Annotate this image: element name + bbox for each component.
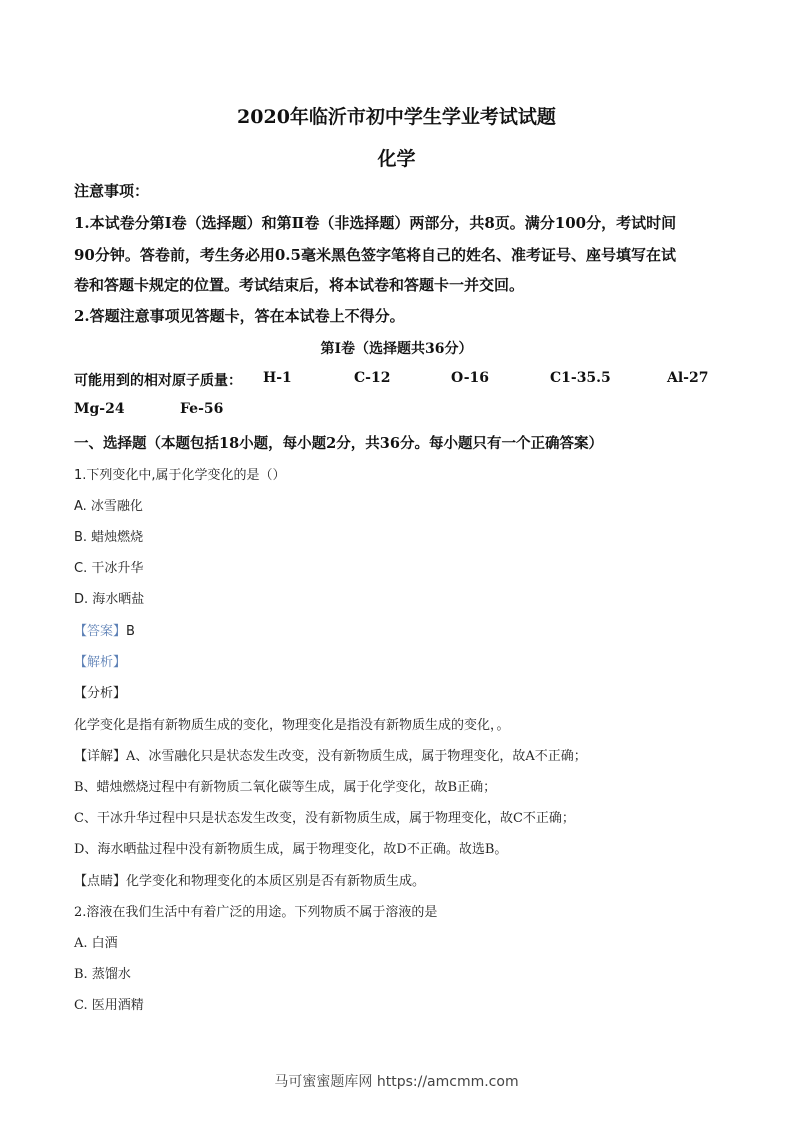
atomic-mass-cl: C1-35.5 — [550, 370, 611, 386]
atomic-mass-al: Al-27 — [667, 370, 708, 386]
question-2-option-a: A. 白酒 — [74, 932, 118, 951]
detail-line-2: B、蜡烛燃烧过程中有新物质二氧化碳等生成，属于化学变化，故B正确； — [74, 776, 496, 795]
atomic-mass-row-1: 可能用到的相对原子质量： H-1 C-12 O-16 C1-35.5 Al-27 — [0, 370, 793, 390]
footer-watermark: 马可蜜蜜题库网 https://amcmm.com — [0, 1071, 793, 1091]
part-heading: 一、选择题（本题包括18小题，每小题2分，共36分。每小题只有一个正确答案） — [74, 432, 603, 453]
detail-line-1: 【详解】A、冰雪融化只是状态发生改变，没有新物质生成，属于物理变化，故A不正确； — [74, 745, 587, 764]
notice-line-1: 1.本试卷分第Ⅰ卷（选择题）和第Ⅱ卷（非选择题）两部分，共8页。满分100分，考… — [74, 212, 676, 233]
section-title: 第I卷（选择题共36分） — [0, 338, 793, 358]
atomic-mass-h: H-1 — [263, 370, 292, 386]
atomic-mass-c: C-12 — [354, 370, 390, 386]
detail-line-3: C、干冰升华过程中只是状态发生改变，没有新物质生成，属于物理变化，故C不正确； — [74, 807, 575, 826]
question-1-option-c: C. 干冰升华 — [74, 557, 143, 576]
notice-line-2: 90分钟。答卷前，考生务必用0.5毫米黑色签字笔将自己的姓名、准考证号、座号填写… — [74, 244, 676, 265]
answer-tag: 【答案】 — [74, 624, 126, 639]
question-2-stem: 2.溶液在我们生活中有着广泛的用途。下列物质不属于溶液的是 — [74, 901, 437, 920]
document-page: 2020年临沂市初中学生学业考试试题 化学 注意事项： 1.本试卷分第Ⅰ卷（选择… — [0, 0, 793, 1122]
detail-line-4: D、海水晒盐过程中没有新物质生成，属于物理变化，故D不正确。故选B。 — [74, 838, 507, 857]
analysis-tag: 【解析】 — [74, 651, 126, 670]
fenxi-text: 化学变化是指有新物质生成的变化，物理变化是指没有新物质生成的变化，。 — [74, 714, 510, 733]
question-1-stem: 1.下列变化中,属于化学变化的是（） — [74, 464, 286, 483]
subject-title: 化学 — [0, 144, 793, 171]
atomic-mass-label: 可能用到的相对原子质量： — [74, 370, 242, 390]
atomic-mass-mg: Mg-24 — [74, 401, 125, 417]
atomic-mass-row-2: Mg-24 Fe-56 — [0, 401, 793, 421]
question-2-option-b: B. 蒸馏水 — [74, 963, 131, 982]
question-1-option-a: A. 冰雪融化 — [74, 495, 143, 514]
notice-heading: 注意事项： — [74, 180, 149, 201]
answer-value: B — [126, 624, 135, 639]
exam-title: 2020年临沂市初中学生学业考试试题 — [0, 102, 793, 129]
dianjing-text: 【点睛】化学变化和物理变化的本质区别是否有新物质生成。 — [74, 870, 425, 889]
question-1-option-b: B. 蜡烛燃烧 — [74, 526, 143, 545]
fenxi-tag: 【分析】 — [74, 682, 126, 701]
question-2-option-c: C. 医用酒精 — [74, 994, 144, 1013]
notice-line-4: 2.答题注意事项见答题卡，答在本试卷上不得分。 — [74, 305, 405, 326]
question-1-answer: 【答案】B — [74, 620, 135, 639]
atomic-mass-fe: Fe-56 — [180, 401, 223, 417]
notice-line-3: 卷和答题卡规定的位置。考试结束后，将本试卷和答题卡一并交回。 — [74, 274, 524, 295]
atomic-mass-o: O-16 — [451, 370, 489, 386]
question-1-option-d: D. 海水晒盐 — [74, 588, 144, 607]
